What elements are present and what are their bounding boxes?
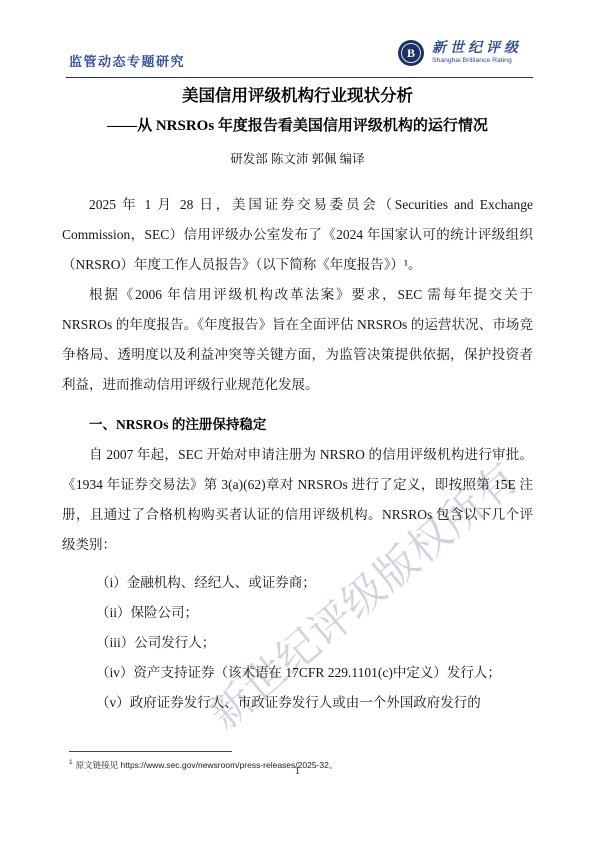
paragraph-1: 2025 年 1 月 28 日，美国证券交易委员会（Securities and… — [62, 190, 533, 280]
rating-category-list: （i）金融机构、经纪人、或证券商； （ii）保险公司； （iii）公司发行人； … — [62, 568, 533, 718]
brand-name-en: Shanghai Brilliance Rating — [432, 56, 522, 65]
list-item: （iv）资产支持证券（该术语在 17CFR 229.1101(c)中定义）发行人… — [96, 658, 533, 688]
list-item: （i）金融机构、经纪人、或证券商； — [96, 568, 533, 598]
brand-logo-text: 新世纪评级 Shanghai Brilliance Rating — [432, 41, 522, 65]
page-number: 1 — [0, 766, 595, 777]
footnote-marker: 1 — [69, 759, 73, 766]
section-1-paragraph: 自 2007 年起，SEC 开始对申请注册为 NRSRO 的信用评级机构进行审批… — [62, 440, 533, 560]
article-body: 美国信用评级机构行业现状分析 ——从 NRSROs 年度报告看美国信用评级机构的… — [62, 86, 533, 718]
document-page: 新世纪评级版权所有 监管动态专题研究 B 新世纪评级 Shanghai Bril… — [0, 0, 595, 841]
list-item: （iii）公司发行人； — [96, 628, 533, 658]
paragraph-2: 根据《2006 年信用评级机构改革法案》要求，SEC 需每年提交关于 NRSRO… — [62, 280, 533, 400]
brand-name-cn: 新世纪评级 — [432, 41, 522, 56]
header-category-label: 监管动态专题研究 — [69, 51, 185, 70]
brand-logo: B 新世纪评级 Shanghai Brilliance Rating — [398, 40, 522, 66]
article-byline: 研发部 陈文沛 郭佩 编译 — [62, 150, 533, 168]
header-divider — [66, 77, 533, 78]
footnote-divider — [69, 751, 232, 752]
article-subtitle: ——从 NRSROs 年度报告看美国信用评级机构的运行情况 — [62, 114, 533, 138]
article-title: 美国信用评级机构行业现状分析 — [62, 86, 533, 106]
list-item: （ii）保险公司； — [96, 598, 533, 628]
brand-badge-letter: B — [407, 46, 415, 61]
brand-badge-icon: B — [398, 40, 424, 66]
list-item: （v）政府证券发行人、市政证券发行人或由一个外国政府发行的 — [96, 688, 533, 718]
section-1-heading: 一、NRSROs 的注册保持稳定 — [62, 410, 533, 440]
